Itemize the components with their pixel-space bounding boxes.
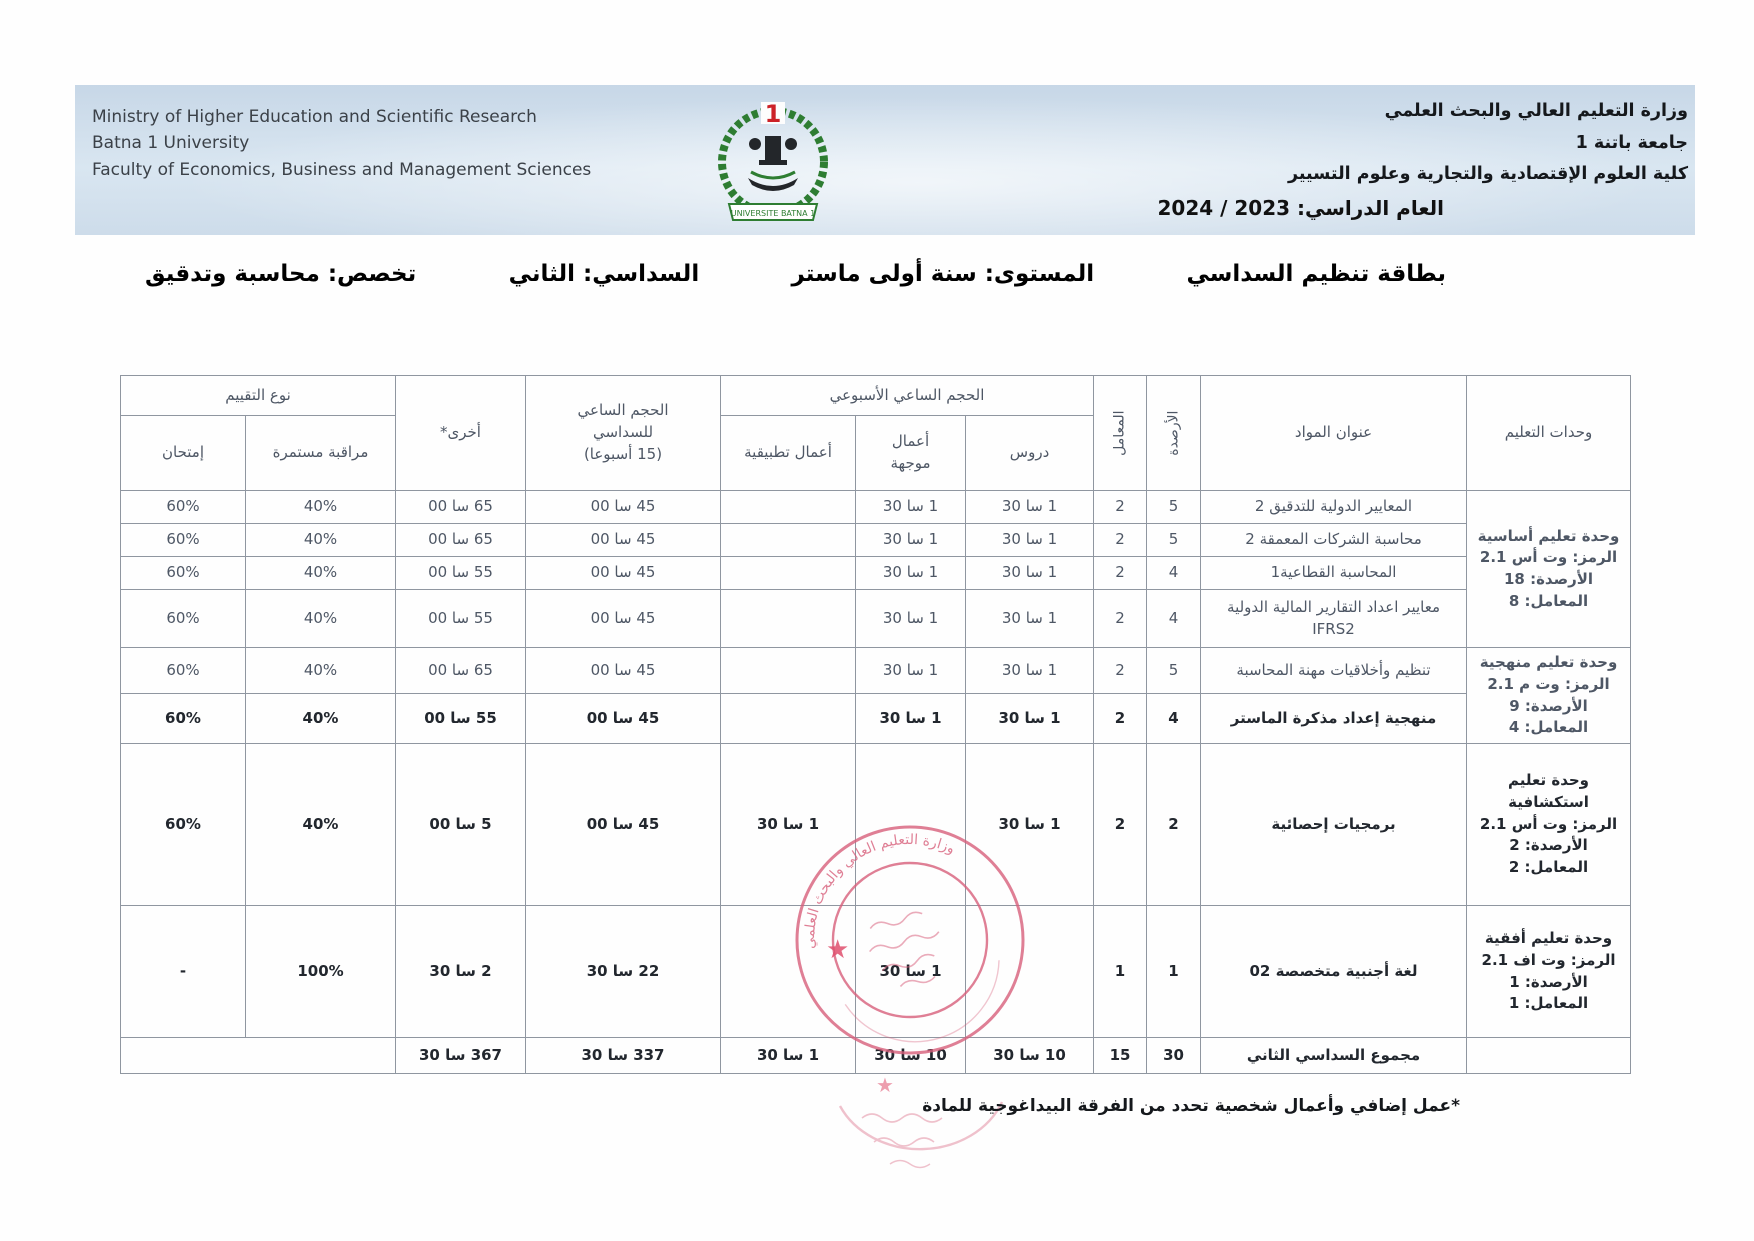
other-hours-cell: 2 سا 30 bbox=[396, 906, 526, 1038]
table-row: منهجية إعداد مذكرة الماستر 4 2 1 سا 30 1… bbox=[121, 694, 1631, 744]
table-header-row-1: وحدات التعليم عنوان المواد الأرصدة المعا… bbox=[121, 376, 1631, 416]
credits-cell: 1 bbox=[1147, 906, 1201, 1038]
credits-cell: 4 bbox=[1147, 557, 1201, 590]
continuous-cell: 40% bbox=[246, 524, 396, 557]
practical-work-cell bbox=[721, 491, 856, 524]
lectures-cell bbox=[966, 906, 1094, 1038]
credits-cell: 5 bbox=[1147, 491, 1201, 524]
coefficient-cell: 2 bbox=[1094, 744, 1147, 906]
semester-schedule-table: وحدات التعليم عنوان المواد الأرصدة المعا… bbox=[120, 375, 1631, 1074]
lectures-cell: 1 سا 30 bbox=[966, 744, 1094, 906]
directed-work-cell: 1 سا 30 bbox=[856, 557, 966, 590]
continuous-cell: 40% bbox=[246, 557, 396, 590]
directed-work-cell bbox=[856, 744, 966, 906]
semester-volume-cell: 22 سا 30 bbox=[526, 906, 721, 1038]
lectures-cell: 1 سا 30 bbox=[966, 590, 1094, 648]
continuous-cell: 40% bbox=[246, 590, 396, 648]
flask-icon bbox=[785, 138, 797, 150]
other-hours-cell: 55 سا 00 bbox=[396, 694, 526, 744]
totals-coefficient: 15 bbox=[1094, 1038, 1147, 1074]
header-weekly-volume: الحجم الساعي الأسبوعي bbox=[721, 376, 1094, 416]
header-credits-label: الأرصدة bbox=[1163, 411, 1183, 456]
credits-cell: 4 bbox=[1147, 590, 1201, 648]
header-exam: إمتحان bbox=[121, 416, 246, 491]
continuous-cell: 40% bbox=[246, 491, 396, 524]
coefficient-cell: 2 bbox=[1094, 648, 1147, 694]
directed-work-cell: 1 سا 30 bbox=[856, 648, 966, 694]
semester-volume-cell: 45 سا 00 bbox=[526, 648, 721, 694]
table-row: وحدة تعليم أفقية الرمز: وت اف 2.1 الأرصد… bbox=[121, 906, 1631, 1038]
coefficient-cell: 2 bbox=[1094, 694, 1147, 744]
tower-base bbox=[759, 160, 787, 165]
practical-work-cell: 1 سا 30 bbox=[721, 744, 856, 906]
exam-cell: 60% bbox=[121, 524, 246, 557]
exam-cell: 60% bbox=[121, 648, 246, 694]
teaching-unit-cell: وحدة تعليم منهجية الرمز: وت م 2.1 الأرصد… bbox=[1467, 648, 1631, 744]
totals-other: 367 سا 30 bbox=[396, 1038, 526, 1074]
university-logo-icon: 1 UNIVERSITE BATNA 1 bbox=[703, 92, 843, 234]
totals-practical-work: 1 سا 30 bbox=[721, 1038, 856, 1074]
ministry-name-ar: وزارة التعليم العالي والبحث العلمي bbox=[1288, 96, 1688, 128]
totals-row: مجموع السداسي الثاني 30 15 10 سا 30 10 س… bbox=[121, 1038, 1631, 1074]
totals-label: مجموع السداسي الثاني bbox=[1201, 1038, 1467, 1074]
title-level: المستوى: سنة أولى ماستر bbox=[791, 261, 1094, 287]
practical-work-cell bbox=[721, 590, 856, 648]
scanned-document-page: Ministry of Higher Education and Scienti… bbox=[0, 0, 1754, 1241]
totals-evaluation-empty-cell bbox=[121, 1038, 396, 1074]
totals-directed-work: 10 سا 30 bbox=[856, 1038, 966, 1074]
logo-number: 1 bbox=[765, 100, 782, 128]
directed-work-cell: 1 سا 30 bbox=[856, 524, 966, 557]
exam-cell: 60% bbox=[121, 744, 246, 906]
exam-cell: 60% bbox=[121, 590, 246, 648]
header-arabic: وزارة التعليم العالي والبحث العلمي جامعة… bbox=[1288, 96, 1688, 191]
header-units: وحدات التعليم bbox=[1467, 376, 1631, 491]
faculty-name-en: Faculty of Economics, Business and Manag… bbox=[92, 157, 591, 183]
header-coefficient: المعامل bbox=[1094, 376, 1147, 491]
credits-cell: 4 bbox=[1147, 694, 1201, 744]
header-lectures: دروس bbox=[966, 416, 1094, 491]
exam-cell: - bbox=[121, 906, 246, 1038]
other-hours-cell: 65 سا 00 bbox=[396, 648, 526, 694]
crescent-icon bbox=[748, 178, 798, 191]
header-coefficient-label: المعامل bbox=[1109, 411, 1129, 456]
exam-cell: 60% bbox=[121, 491, 246, 524]
practical-work-cell bbox=[721, 557, 856, 590]
course-title-cell: المعايير الدولية للتدقيق 2 bbox=[1201, 491, 1467, 524]
semester-volume-cell: 45 سا 00 bbox=[526, 557, 721, 590]
header-practical-work: أعمال تطبيقية bbox=[721, 416, 856, 491]
table-row: محاسبة الشركات المعمقة 2 5 2 1 سا 30 1 س… bbox=[121, 524, 1631, 557]
credits-cell: 2 bbox=[1147, 744, 1201, 906]
lectures-cell: 1 سا 30 bbox=[966, 694, 1094, 744]
green-arc bbox=[751, 172, 795, 178]
directed-work-cell: 1 سا 30 bbox=[856, 491, 966, 524]
other-hours-cell: 65 سا 00 bbox=[396, 524, 526, 557]
credits-cell: 5 bbox=[1147, 648, 1201, 694]
lectures-cell: 1 سا 30 bbox=[966, 648, 1094, 694]
course-title-cell: لغة أجنبية متخصصة 02 bbox=[1201, 906, 1467, 1038]
lectures-cell: 1 سا 30 bbox=[966, 557, 1094, 590]
header-directed-work: أعمال موجهة bbox=[856, 416, 966, 491]
practical-work-cell bbox=[721, 694, 856, 744]
academic-year: العام الدراسي: 2023 / 2024 bbox=[1157, 196, 1444, 220]
practical-work-cell bbox=[721, 524, 856, 557]
coefficient-cell: 2 bbox=[1094, 524, 1147, 557]
totals-semester-volume: 337 سا 30 bbox=[526, 1038, 721, 1074]
semester-volume-cell: 45 سا 00 bbox=[526, 744, 721, 906]
course-title-cell: برمجيات إحصائية bbox=[1201, 744, 1467, 906]
coefficient-cell: 2 bbox=[1094, 590, 1147, 648]
header-evaluation-type: نوع التقييم bbox=[121, 376, 396, 416]
table-row: المحاسبة القطاعية1 4 2 1 سا 30 1 سا 30 4… bbox=[121, 557, 1631, 590]
table-row: وحدة تعليم أساسية الرمز: وت أس 2.1 الأرص… bbox=[121, 491, 1631, 524]
lectures-cell: 1 سا 30 bbox=[966, 491, 1094, 524]
credits-cell: 5 bbox=[1147, 524, 1201, 557]
exam-cell: 60% bbox=[121, 557, 246, 590]
other-hours-cell: 55 سا 00 bbox=[396, 590, 526, 648]
gear-icon bbox=[749, 138, 761, 150]
continuous-cell: 40% bbox=[246, 744, 396, 906]
header-semester-volume: الحجم الساعي للسداسي (15 أسبوعا) bbox=[526, 376, 721, 491]
course-title-cell: معايير اعداد التقارير المالية الدولية IF… bbox=[1201, 590, 1467, 648]
document-title-row: بطاقة تنظيم السداسي المستوى: سنة أولى ما… bbox=[145, 261, 1446, 287]
coefficient-cell: 2 bbox=[1094, 491, 1147, 524]
teaching-unit-cell: وحدة تعليم أفقية الرمز: وت اف 2.1 الأرصد… bbox=[1467, 906, 1631, 1038]
exam-cell: 60% bbox=[121, 694, 246, 744]
course-title-cell: المحاسبة القطاعية1 bbox=[1201, 557, 1467, 590]
totals-credits: 30 bbox=[1147, 1038, 1201, 1074]
footnote: *عمل إضافي وأعمال شخصية تحدد من الفرقة ا… bbox=[922, 1096, 1460, 1116]
header-continuous-assessment: مراقبة مستمرة bbox=[246, 416, 396, 491]
table-row: وحدة تعليم استكشافية الرمز: وت أس 2.1 ال… bbox=[121, 744, 1631, 906]
other-hours-cell: 55 سا 00 bbox=[396, 557, 526, 590]
university-name-ar: جامعة باتنة 1 bbox=[1288, 128, 1688, 160]
lectures-cell: 1 سا 30 bbox=[966, 524, 1094, 557]
header-credits: الأرصدة bbox=[1147, 376, 1201, 491]
teaching-unit-cell: وحدة تعليم استكشافية الرمز: وت أس 2.1 ال… bbox=[1467, 744, 1631, 906]
stamp-star-icon: ★ bbox=[876, 1073, 894, 1097]
directed-work-cell: 1 سا 30 bbox=[856, 590, 966, 648]
banner-text: UNIVERSITE BATNA 1 bbox=[731, 209, 816, 218]
semester-volume-cell: 45 سا 00 bbox=[526, 590, 721, 648]
course-title-cell: منهجية إعداد مذكرة الماستر bbox=[1201, 694, 1467, 744]
other-hours-cell: 65 سا 00 bbox=[396, 491, 526, 524]
coefficient-cell: 2 bbox=[1094, 557, 1147, 590]
title-card-name: بطاقة تنظيم السداسي bbox=[1186, 261, 1446, 287]
other-hours-cell: 5 سا 00 bbox=[396, 744, 526, 906]
coefficient-cell: 1 bbox=[1094, 906, 1147, 1038]
semester-volume-cell: 45 سا 00 bbox=[526, 491, 721, 524]
totals-units-empty-cell bbox=[1467, 1038, 1631, 1074]
continuous-cell: 40% bbox=[246, 648, 396, 694]
directed-work-cell: 1 سا 30 bbox=[856, 906, 966, 1038]
header-english: Ministry of Higher Education and Scienti… bbox=[92, 104, 591, 183]
tower-icon bbox=[765, 136, 781, 162]
semester-volume-cell: 45 سا 00 bbox=[526, 524, 721, 557]
header-other: أخرى* bbox=[396, 376, 526, 491]
ministry-name-en: Ministry of Higher Education and Scienti… bbox=[92, 104, 591, 130]
continuous-cell: 40% bbox=[246, 694, 396, 744]
title-specialty: تخصص: محاسبة وتدقيق bbox=[145, 261, 416, 287]
title-semester: السداسي: الثاني bbox=[509, 261, 700, 287]
practical-work-cell bbox=[721, 648, 856, 694]
table-row: وحدة تعليم منهجية الرمز: وت م 2.1 الأرصد… bbox=[121, 648, 1631, 694]
university-name-en: Batna 1 University bbox=[92, 130, 591, 156]
continuous-cell: 100% bbox=[246, 906, 396, 1038]
course-title-cell: محاسبة الشركات المعمقة 2 bbox=[1201, 524, 1467, 557]
semester-volume-cell: 45 سا 00 bbox=[526, 694, 721, 744]
course-title-cell: تنظيم وأخلاقيات مهنة المحاسبة bbox=[1201, 648, 1467, 694]
header-course: عنوان المواد bbox=[1201, 376, 1467, 491]
faculty-name-ar: كلية العلوم الإقتصادية والتجارية وعلوم ا… bbox=[1288, 159, 1688, 191]
totals-lectures: 10 سا 30 bbox=[966, 1038, 1094, 1074]
table-row: معايير اعداد التقارير المالية الدولية IF… bbox=[121, 590, 1631, 648]
directed-work-cell: 1 سا 30 bbox=[856, 694, 966, 744]
practical-work-cell bbox=[721, 906, 856, 1038]
teaching-unit-cell: وحدة تعليم أساسية الرمز: وت أس 2.1 الأرص… bbox=[1467, 491, 1631, 648]
